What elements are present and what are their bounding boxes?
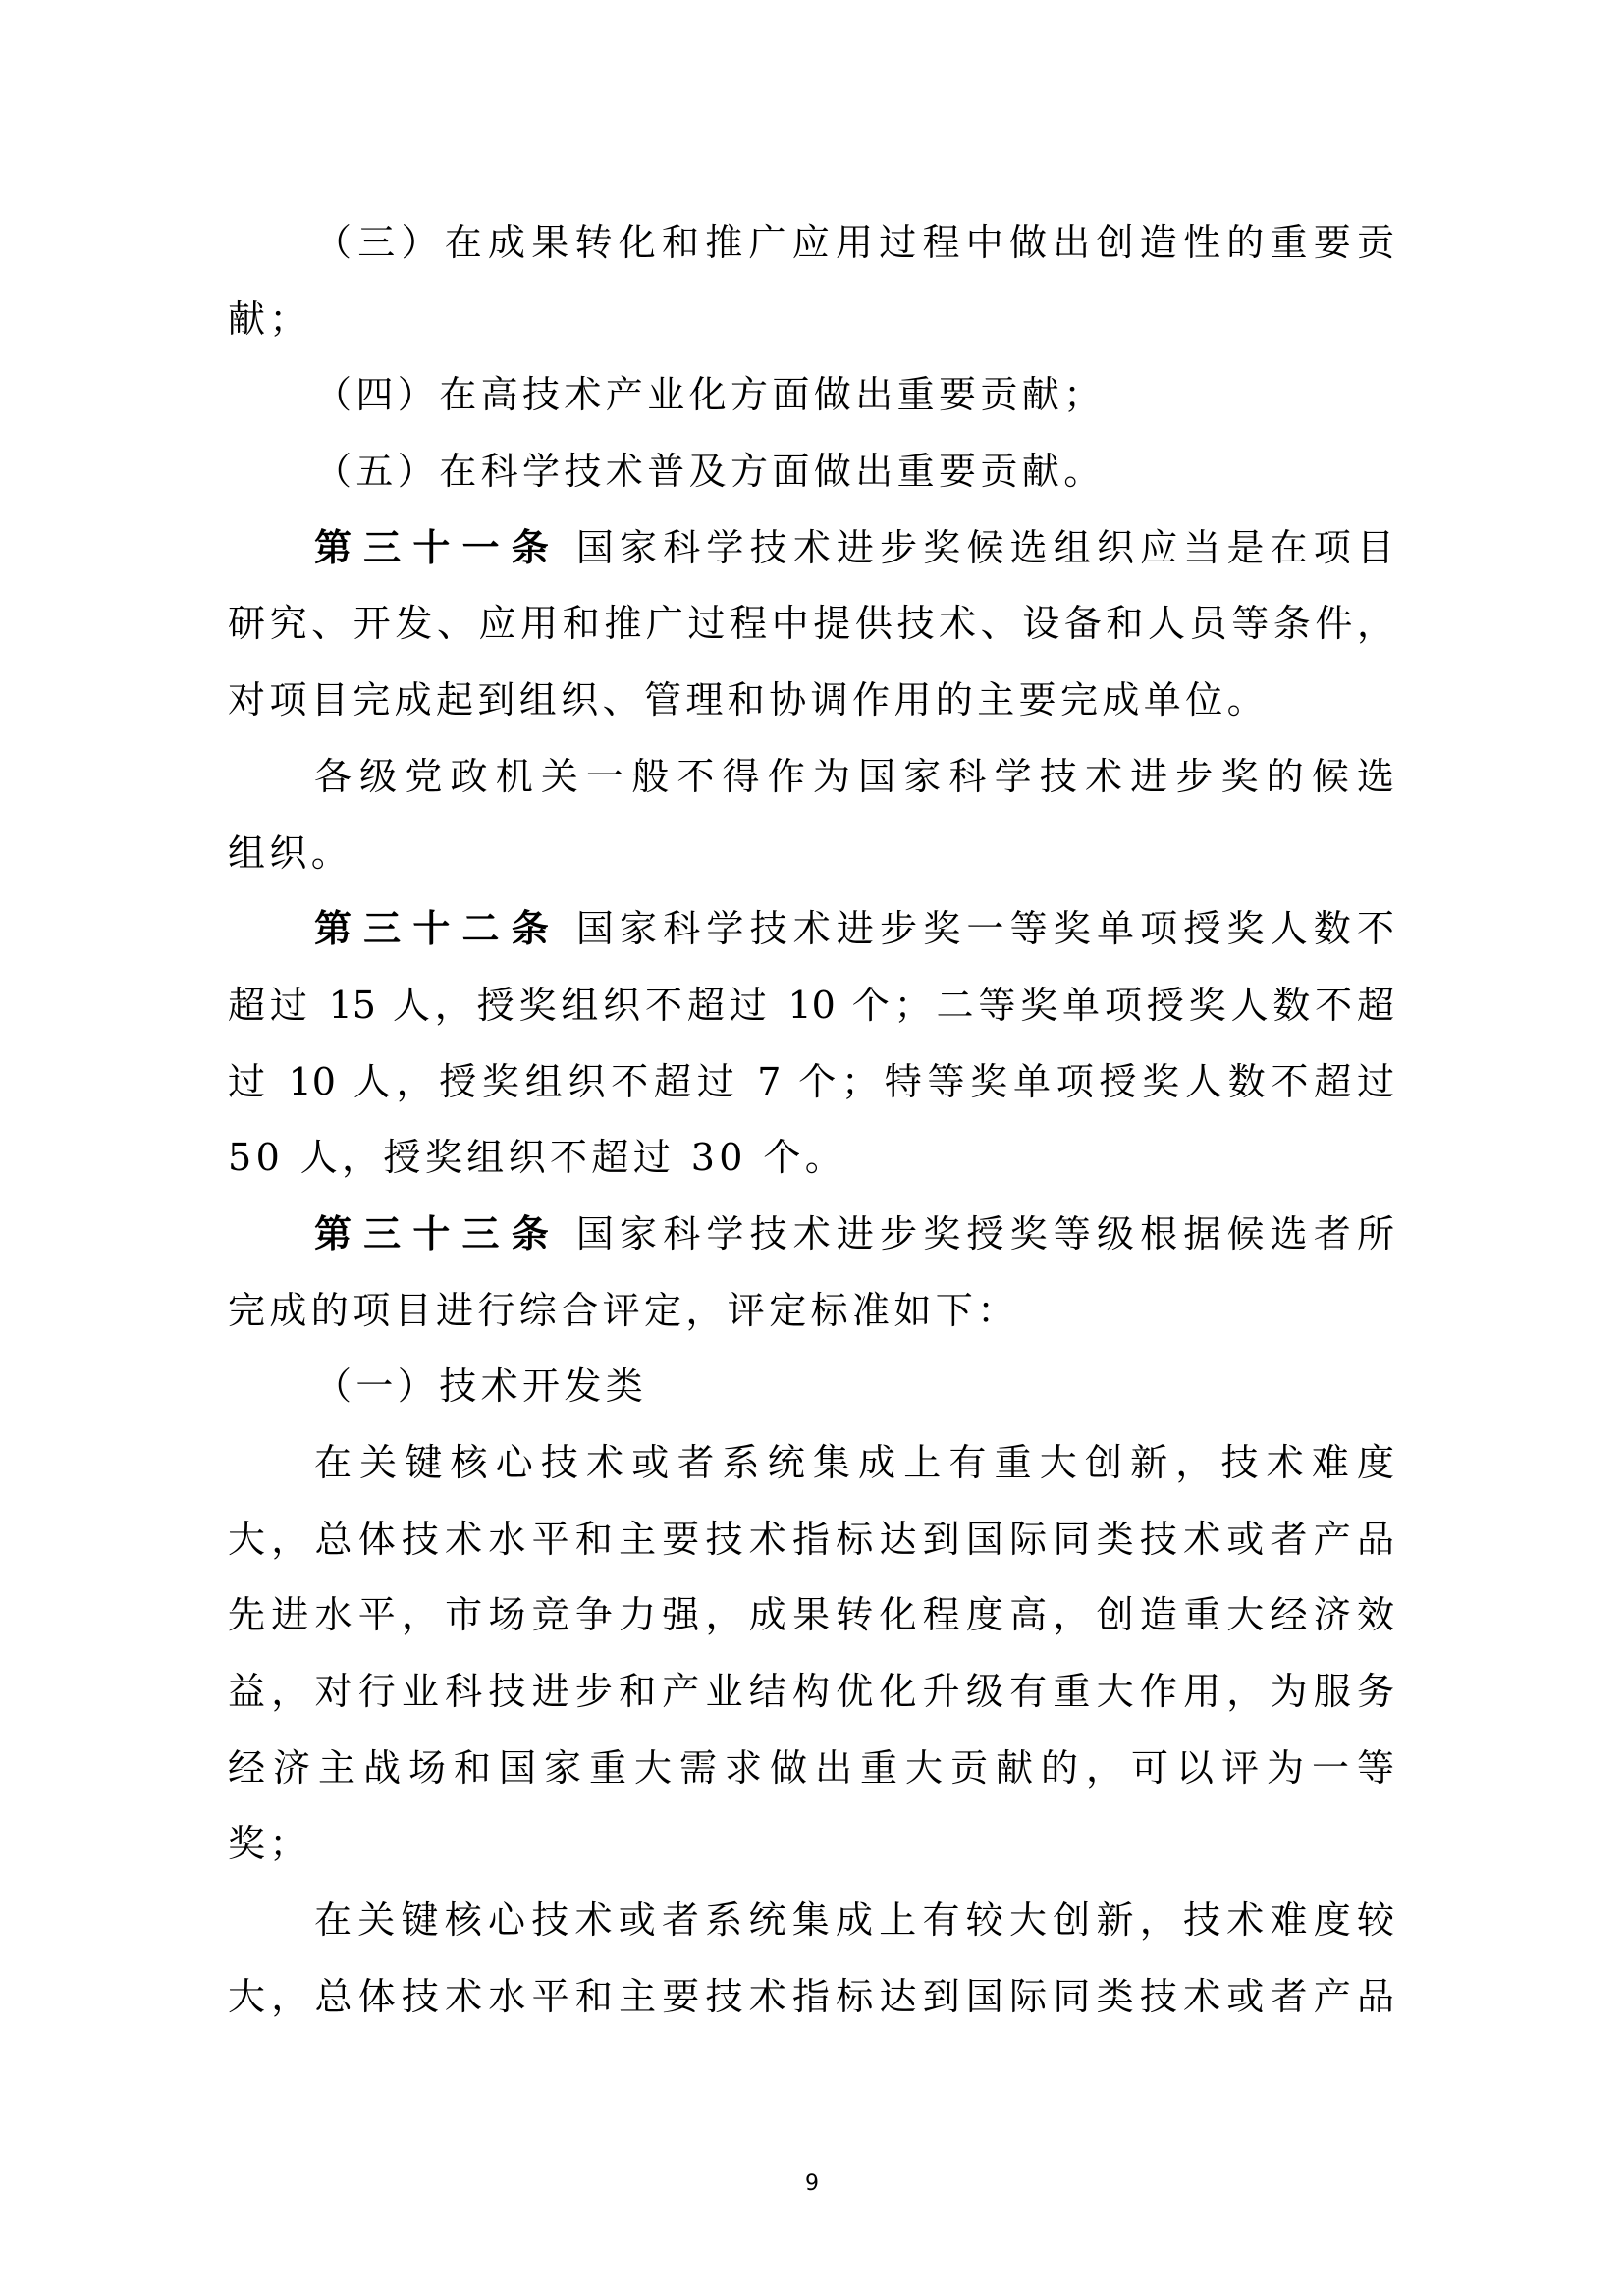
document-body: （三）在成果转化和推广应用过程中做出创造性的重要贡 献； （四）在高技术产业化方… xyxy=(228,205,1394,2036)
article-line: 第三十二条国家科学技术进步奖一等奖单项授奖人数不 xyxy=(228,891,1394,968)
text-line: 超过 15 人，授奖组织不超过 10 个；二等奖单项授奖人数不超 xyxy=(228,968,1394,1044)
text-line: 大，总体技术水平和主要技术指标达到国际同类技术或者产品 xyxy=(228,1502,1394,1578)
text-line: 在关键核心技术或者系统集成上有重大创新，技术难度 xyxy=(228,1425,1394,1502)
text-line: 经济主战场和国家重大需求做出重大贡献的，可以评为一等 xyxy=(228,1731,1394,1807)
section-subheading: （一）技术开发类 xyxy=(228,1349,1394,1425)
text-line: 奖； xyxy=(228,1806,1394,1883)
text-line: 各级党政机关一般不得作为国家科学技术进步奖的候选 xyxy=(228,739,1394,816)
article-text: 国家科学技术进步奖一等奖单项授奖人数不 xyxy=(576,907,1394,950)
article-heading: 第三十二条 xyxy=(314,907,561,950)
text-line: 组织。 xyxy=(228,816,1394,892)
text-line: 50 人，授奖组织不超过 30 个。 xyxy=(228,1120,1394,1197)
text-line: 大，总体技术水平和主要技术指标达到国际同类技术或者产品 xyxy=(228,1959,1394,2036)
text-line: （三）在成果转化和推广应用过程中做出创造性的重要贡 xyxy=(228,205,1394,282)
text-line: 益，对行业科技进步和产业结构优化升级有重大作用，为服务 xyxy=(228,1654,1394,1731)
page-number: 9 xyxy=(0,2167,1624,2201)
text-line: 对项目完成起到组织、管理和协调作用的主要完成单位。 xyxy=(228,663,1394,739)
text-line: 在关键核心技术或者系统集成上有较大创新，技术难度较 xyxy=(228,1883,1394,1959)
article-heading: 第三十一条 xyxy=(314,526,561,569)
article-text: 国家科学技术进步奖授奖等级根据候选者所 xyxy=(576,1212,1394,1255)
article-line: 第三十一条国家科学技术进步奖候选组织应当是在项目 xyxy=(228,510,1394,587)
article-line: 第三十三条国家科学技术进步奖授奖等级根据候选者所 xyxy=(228,1197,1394,1273)
text-line: 过 10 人，授奖组织不超过 7 个；特等奖单项授奖人数不超过 xyxy=(228,1044,1394,1121)
text-line: （四）在高技术产业化方面做出重要贡献； xyxy=(228,357,1394,434)
text-line: 先进水平，市场竞争力强，成果转化程度高，创造重大经济效 xyxy=(228,1577,1394,1654)
article-heading: 第三十三条 xyxy=(314,1212,561,1255)
text-line: （五）在科学技术普及方面做出重要贡献。 xyxy=(228,434,1394,510)
text-line: 献； xyxy=(228,282,1394,358)
text-line: 完成的项目进行综合评定，评定标准如下： xyxy=(228,1273,1394,1350)
text-line: 研究、开发、应用和推广过程中提供技术、设备和人员等条件， xyxy=(228,586,1394,663)
article-text: 国家科学技术进步奖候选组织应当是在项目 xyxy=(576,526,1394,569)
